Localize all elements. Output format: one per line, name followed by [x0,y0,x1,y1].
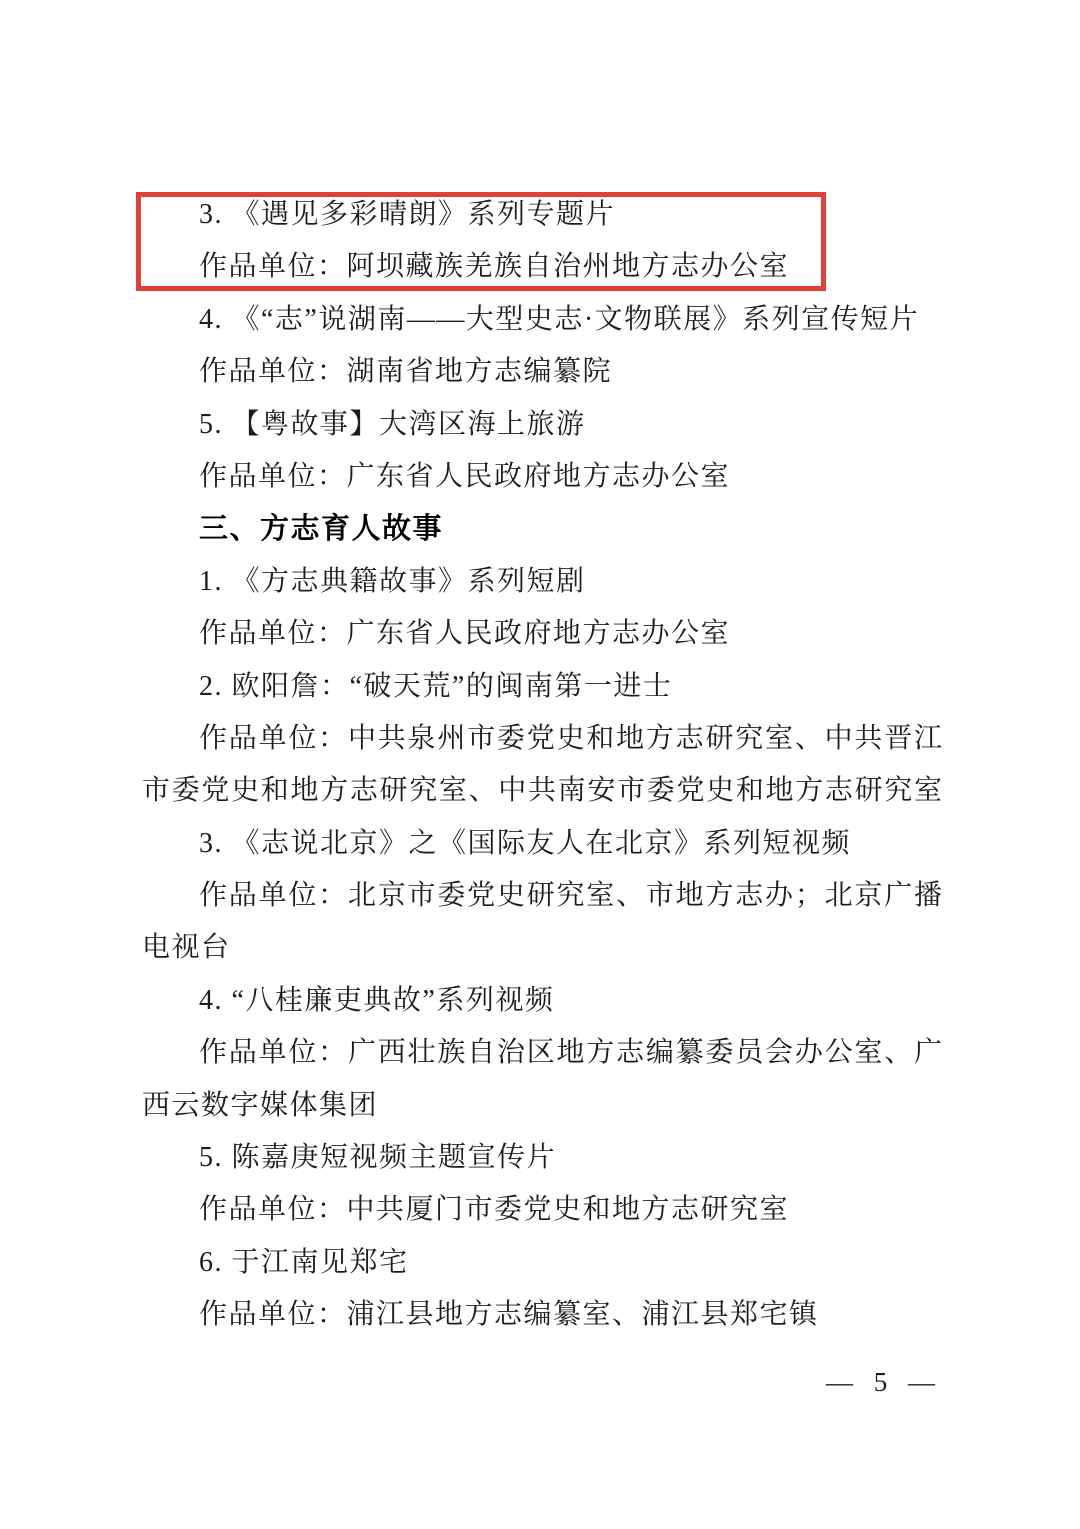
story-entry-6-unit: 作品单位：浦江县地方志编纂室、浦江县郑宅镇 [142,1289,942,1341]
story-entry-3-unit-line-2: 电视台 [142,922,942,974]
story-entry-6-title: 6. 于江南见郑宅 [142,1237,942,1289]
story-entry-1-unit: 作品单位：广东省人民政府地方志办公室 [142,608,942,660]
video-entry-4-unit: 作品单位：湖南省地方志编纂院 [142,346,942,398]
story-entry-4-title: 4. “八桂廉吏典故”系列视频 [142,975,942,1027]
story-entry-1-title: 1. 《方志典籍故事》系列短剧 [142,556,942,608]
video-entry-3-title: 3. 《遇见多彩晴朗》系列专题片 [142,189,942,241]
video-entry-3-unit: 作品单位：阿坝藏族羌族自治州地方志办公室 [142,241,942,293]
story-entry-3-unit-line-1: 作品单位：北京市委党史研究室、市地方志办；北京广播 [142,870,942,922]
story-entry-2-unit-line-2: 市委党史和地方志研究室、中共南安市委党史和地方志研究室 [142,765,942,817]
story-entry-3-title: 3. 《志说北京》之《国际友人在北京》系列短视频 [142,818,942,870]
section-3-heading: 三、方志育人故事 [142,503,942,555]
story-entry-5-unit: 作品单位：中共厦门市委党史和地方志研究室 [142,1184,942,1236]
story-entry-2-title: 2. 欧阳詹：“破天荒”的闽南第一进士 [142,661,942,713]
story-entry-2-unit-line-1: 作品单位：中共泉州市委党史和地方志研究室、中共晋江 [142,713,942,765]
document-page: 3. 《遇见多彩晴朗》系列专题片 作品单位：阿坝藏族羌族自治州地方志办公室 4.… [0,0,1080,1529]
story-entry-4-unit-line-2: 西云数字媒体集团 [142,1080,942,1132]
video-entry-4-title: 4. 《“志”说湖南——大型史志·文物联展》系列宣传短片 [142,294,942,346]
document-content: 3. 《遇见多彩晴朗》系列专题片 作品单位：阿坝藏族羌族自治州地方志办公室 4.… [142,189,942,1342]
video-entry-5-unit: 作品单位：广东省人民政府地方志办公室 [142,451,942,503]
story-entry-5-title: 5. 陈嘉庚短视频主题宣传片 [142,1132,942,1184]
story-entry-4-unit-line-1: 作品单位：广西壮族自治区地方志编纂委员会办公室、广 [142,1027,942,1079]
video-entry-5-title: 5. 【粤故事】大湾区海上旅游 [142,399,942,451]
page-number: — 5 — [142,1356,942,1408]
